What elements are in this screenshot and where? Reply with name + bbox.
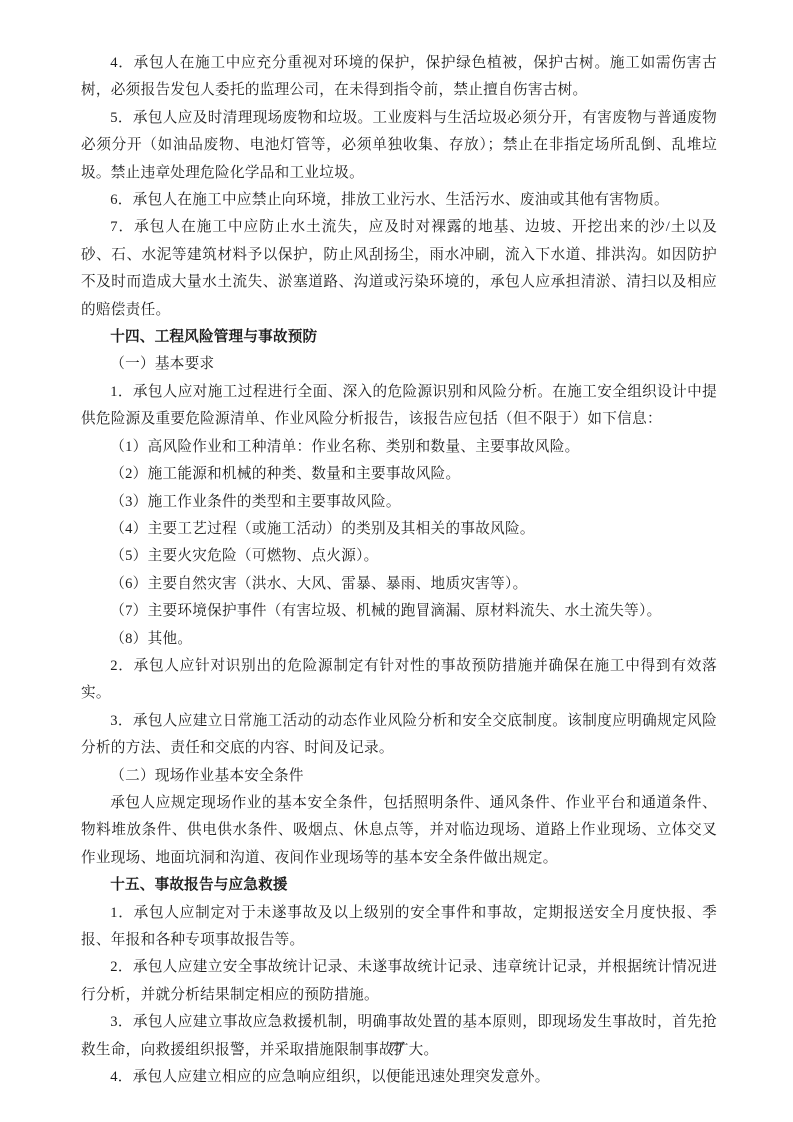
sub-heading: （一）基本要求 bbox=[81, 351, 717, 378]
paragraph: 4．承包人应建立相应的应急响应组织，以便能迅速处理突发意外。 bbox=[81, 1064, 717, 1091]
paragraph: 7．承包人在施工中应防止水土流失，应及时对裸露的地基、边坡、开挖出来的沙/土以及… bbox=[81, 214, 717, 324]
paragraph: （4）主要工艺过程（或施工活动）的类别及其相关的事故风险。 bbox=[81, 516, 717, 543]
paragraph: 5．承包人应及时清理现场废物和垃圾。工业废料与生活垃圾必须分开，有害废物与普通废… bbox=[81, 105, 717, 187]
paragraph: （1）高风险作业和工种清单：作业名称、类别和数量、主要事故风险。 bbox=[81, 434, 717, 461]
paragraph: 6．承包人在施工中应禁止向环境，排放工业污水、生活污水、废油或其他有害物质。 bbox=[81, 187, 717, 214]
paragraph: 承包人应规定现场作业的基本安全条件，包括照明条件、通风条件、作业平台和通道条件、… bbox=[81, 790, 717, 872]
paragraph: 2．承包人应建立安全事故统计记录、未遂事故统计记录、违章统计记录，并根据统计情况… bbox=[81, 954, 717, 1009]
paragraph: 3．承包人应建立日常施工活动的动态作业风险分析和安全交底制度。该制度应明确规定风… bbox=[81, 708, 717, 763]
page-number: 77 bbox=[0, 1038, 793, 1058]
paragraph: （8）其他。 bbox=[81, 626, 717, 653]
section-heading: 十四、工程风险管理与事故预防 bbox=[81, 324, 717, 351]
paragraph: （2）施工能源和机械的种类、数量和主要事故风险。 bbox=[81, 461, 717, 488]
paragraph: （3）施工作业条件的类型和主要事故风险。 bbox=[81, 489, 717, 516]
paragraph: （6）主要自然灾害（洪水、大风、雷暴、暴雨、地质灾害等）。 bbox=[81, 571, 717, 598]
sub-heading: （二）现场作业基本安全条件 bbox=[81, 763, 717, 790]
document-body: 4．承包人在施工中应充分重视对环境的保护，保护绿色植被，保护古树。施工如需伤害古… bbox=[81, 50, 717, 1091]
section-heading: 十五、事故报告与应急救援 bbox=[81, 872, 717, 899]
paragraph: （5）主要火灾危险（可燃物、点火源）。 bbox=[81, 543, 717, 570]
paragraph: 4．承包人在施工中应充分重视对环境的保护，保护绿色植被，保护古树。施工如需伤害古… bbox=[81, 50, 717, 105]
paragraph: 1．承包人应制定对于未遂事故及以上级别的安全事件和事故，定期报送安全月度快报、季… bbox=[81, 900, 717, 955]
paragraph: （7）主要环境保护事件（有害垃圾、机械的跑冒滴漏、原材料流失、水土流失等）。 bbox=[81, 598, 717, 625]
paragraph: 2．承包人应针对识别出的危险源制定有针对性的事故预防措施并确保在施工中得到有效落… bbox=[81, 653, 717, 708]
paragraph: 1．承包人应对施工过程进行全面、深入的危险源识别和风险分析。在施工安全组织设计中… bbox=[81, 379, 717, 434]
document-page: 4．承包人在施工中应充分重视对环境的保护，保护绿色植被，保护古树。施工如需伤害古… bbox=[0, 0, 793, 1122]
